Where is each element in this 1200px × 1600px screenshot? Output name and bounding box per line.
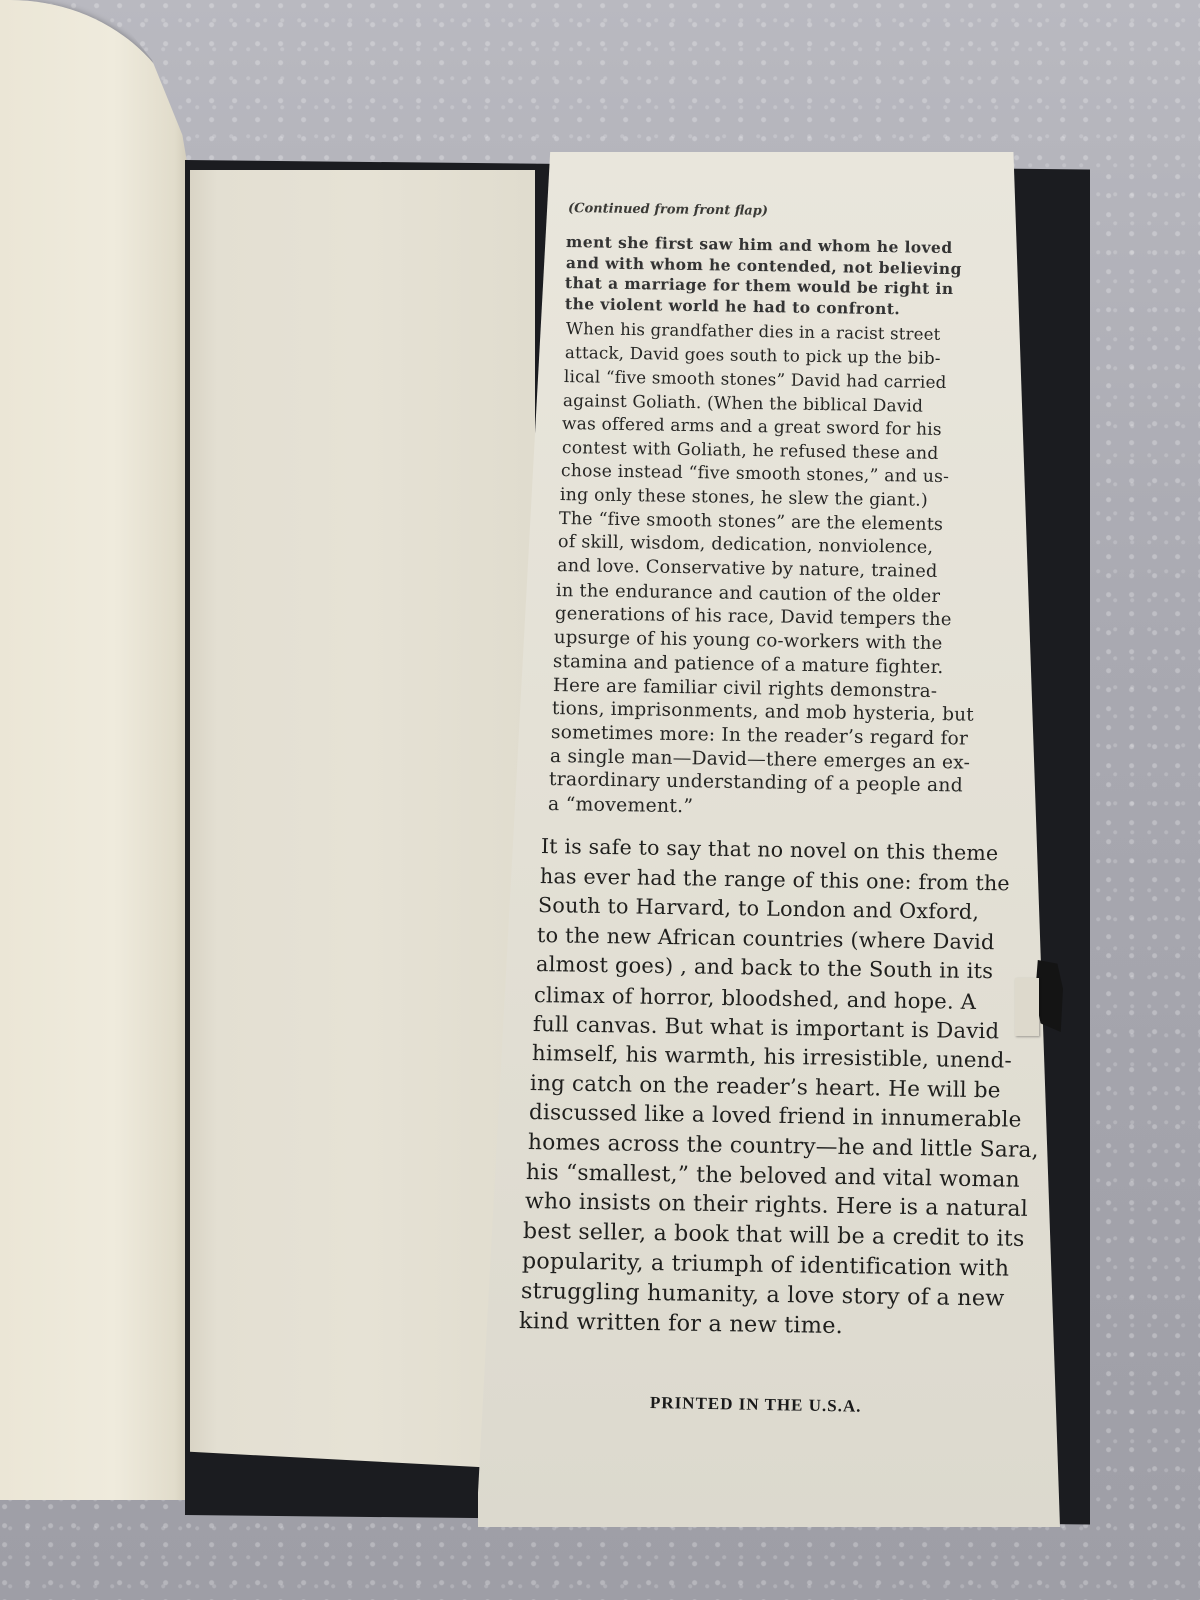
photo-scene: (Continued from front flap) PRINTED IN T…	[0, 0, 1200, 1600]
flap-text-line: to the new African countries (where Davi…	[537, 923, 995, 954]
flap-text-line: The “five smooth stones” are the element…	[559, 509, 943, 535]
flap-text-line: sometimes more: In the reader’s regard f…	[551, 722, 968, 750]
flap-text-line: kind written for a new time.	[519, 1308, 843, 1339]
flap-text-line: lical “five smooth stones” David had car…	[564, 366, 947, 392]
flap-text-line: and love. Conservative by nature, traine…	[557, 556, 938, 582]
flap-text-line: his “smallest,” the beloved and vital wo…	[526, 1160, 1020, 1193]
flap-text-line: best seller, a book that will be a credi…	[523, 1219, 1025, 1252]
flap-text-line: upsurge of his young co-workers with the	[554, 627, 943, 654]
flap-text-line: climax of horror, bloodshed, and hope. A	[534, 982, 977, 1014]
flap-text-line: traordinary understanding of a people an…	[549, 769, 963, 796]
flap-text-line: generations of his race, David tempers t…	[555, 603, 952, 630]
flap-text-line: of skill, wisdom, dedication, nonviolenc…	[558, 532, 934, 558]
flap-text-line: attack, David goes south to pick up the …	[565, 343, 941, 368]
flap-text-line: almost goes) , and back to the South in …	[535, 952, 993, 983]
flap-text-line: When his grandfather dies in a racist st…	[566, 319, 941, 344]
flap-text-line: South to Harvard, to London and Oxford,	[538, 893, 980, 924]
printed-in-usa: PRINTED IN THE U.S.A.	[650, 1393, 862, 1417]
flap-text-line: struggling humanity, a love story of a n…	[521, 1278, 1005, 1312]
flap-text-line: stamina and patience of a mature fighter…	[553, 651, 944, 678]
flap-text-line: himself, his warmth, his irresistible, u…	[531, 1041, 1011, 1074]
flap-text-line: has ever had the range of this one: from…	[539, 864, 1009, 895]
flap-text-line: discussed like a loved friend in innumer…	[529, 1100, 1022, 1133]
flap-text-line: full canvas. But what is important is Da…	[533, 1012, 1000, 1044]
flap-text-line: against Goliath. (When the biblical Davi…	[563, 390, 923, 416]
flap-text-line: Here are familiar civil rights demonstra…	[552, 675, 937, 702]
flap-text-line: in the endurance and caution of the olde…	[556, 580, 940, 607]
flap-text-line: the violent world he had to confront.	[565, 294, 901, 318]
flap-text-line: was offered arms and a great sword for h…	[562, 414, 942, 440]
flap-text-line: chose instead “five smooth stones,” and …	[560, 461, 948, 487]
flap-text-line: ing catch on the reader’s heart. He will…	[530, 1071, 1001, 1103]
flap-text-line: popularity, a triumph of identification …	[522, 1248, 1010, 1282]
flap-heading: (Continued from front flap)	[568, 201, 768, 219]
flap-text-line: tions, imprisonments, and mob hysteria, …	[551, 698, 973, 726]
flap-text-line: homes across the country—he and little S…	[527, 1130, 1038, 1163]
flap-text-line: who insists on their rights. Here is a n…	[525, 1189, 1028, 1222]
flap-text: (Continued from front flap) PRINTED IN T…	[0, 0, 1200, 1600]
flap-text-line: It is safe to say that no novel on this …	[541, 834, 999, 865]
flap-text-line: a “movement.”	[548, 793, 694, 817]
flap-text-line: contest with Goliath, he refused these a…	[561, 438, 938, 464]
flap-text-line: ing only these stones, he slew the giant…	[560, 485, 928, 511]
